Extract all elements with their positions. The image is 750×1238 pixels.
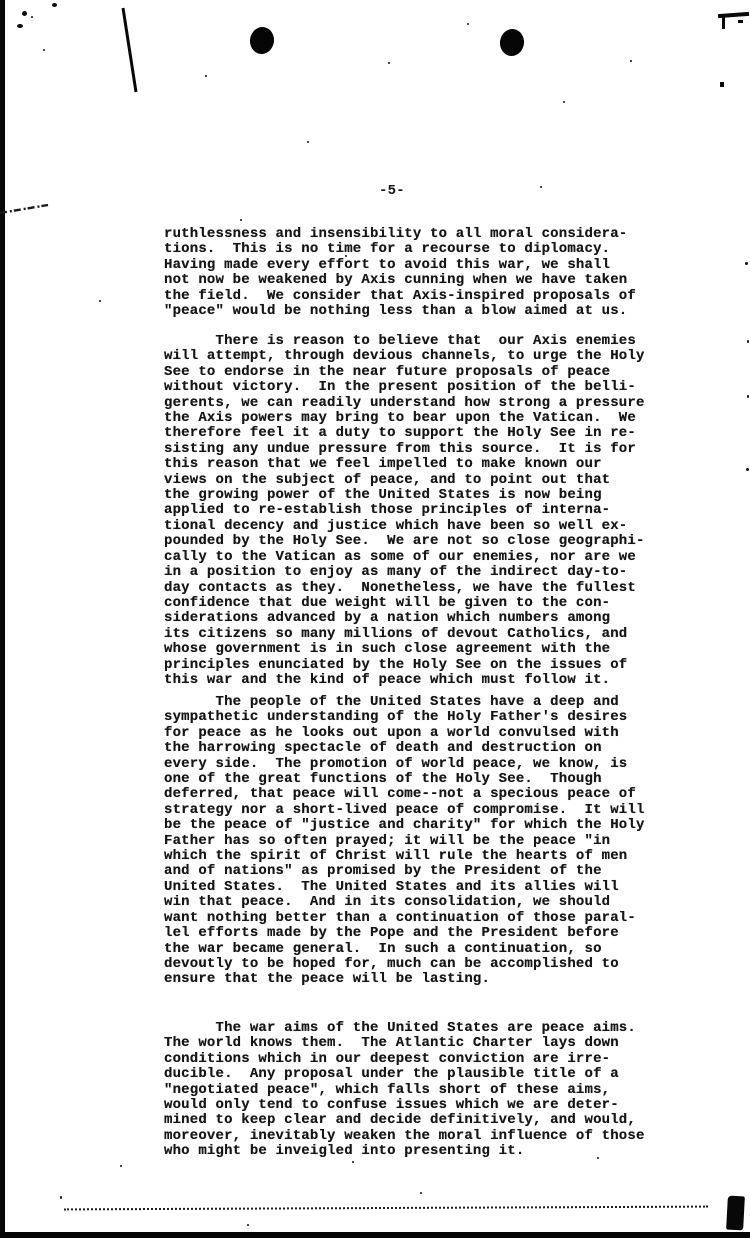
ink-blob <box>726 1196 745 1231</box>
scan-speck <box>630 60 632 62</box>
pencil-dash-mark <box>0 198 55 220</box>
scan-speck <box>747 395 749 398</box>
scan-speck <box>745 262 748 265</box>
paragraph-1: ruthlessness and insensibility to all mo… <box>164 227 684 319</box>
scan-speck <box>31 16 33 18</box>
hole-punch-mark-left <box>248 25 276 55</box>
scan-speck <box>52 3 57 7</box>
scan-edge-left-strip <box>0 0 5 1238</box>
scan-speck <box>205 75 207 77</box>
scan-speck <box>540 186 542 188</box>
scan-speck <box>307 141 309 143</box>
dotted-horizontal-rule <box>64 1206 708 1211</box>
scan-speck <box>352 1161 354 1163</box>
scan-speck <box>99 300 101 302</box>
page-number: -5- <box>379 183 405 199</box>
corner-scan-mark <box>720 82 724 87</box>
scan-speck <box>247 1224 249 1226</box>
scan-speck <box>43 49 45 51</box>
scan-speck <box>345 255 347 257</box>
scan-speck <box>597 1157 599 1159</box>
paragraph-2: There is reason to believe that our Axis… <box>164 334 684 688</box>
scan-edge-bottom-strip <box>0 1232 750 1238</box>
scan-speck <box>747 340 749 343</box>
scan-speck <box>120 1165 122 1167</box>
paragraph-3: The people of the United States have a d… <box>164 695 684 988</box>
corner-scan-mark <box>738 20 743 23</box>
scan-speck <box>420 1192 422 1194</box>
scanned-document-page: -5- ruthlessness and insensibility to al… <box>0 0 750 1238</box>
corner-scan-mark <box>722 16 725 29</box>
scan-speck <box>746 468 749 471</box>
hole-punch-mark-right <box>498 27 526 57</box>
scan-speck <box>388 62 390 64</box>
scan-speck <box>22 11 27 16</box>
diagonal-pen-stroke <box>115 4 150 99</box>
scan-speck <box>563 101 565 103</box>
scan-speck <box>60 1196 62 1199</box>
paragraph-4: The war aims of the United States are pe… <box>164 1021 684 1160</box>
scan-speck <box>17 24 23 28</box>
scan-speck <box>240 219 242 221</box>
scan-speck <box>467 23 469 25</box>
